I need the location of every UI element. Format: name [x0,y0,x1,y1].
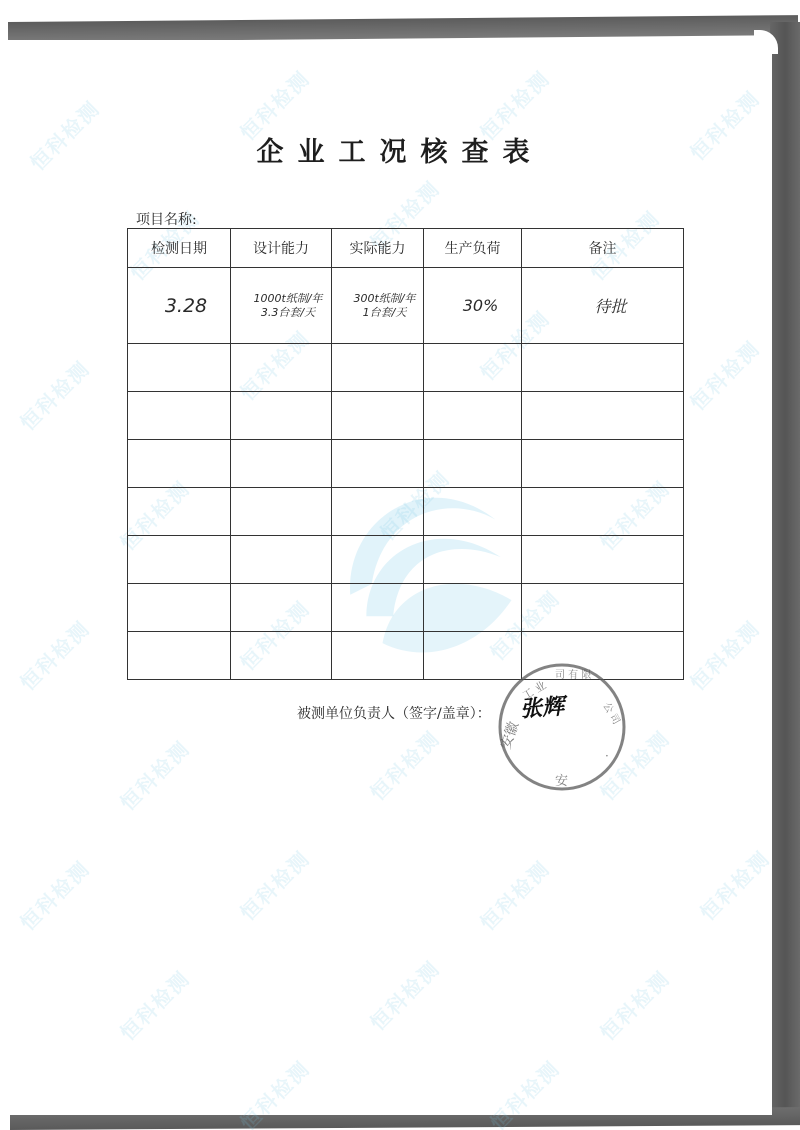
condition-table: 检测日期 设计能力 实际能力 生产负荷 备注 3.281000t纸制/年3.3台… [127,228,684,680]
cell-actual-capacity [332,536,424,584]
cell-design-capacity [231,584,332,632]
cell-line: 1台套/天 [346,306,423,320]
cell-design-capacity [231,488,332,536]
cell-line: 1000t纸制/年 [245,292,331,306]
cell-actual-capacity: 300t纸制/年1台套/天 [332,268,424,344]
cell-production-load [424,632,522,680]
header-actual-capacity: 实际能力 [332,229,424,268]
cell-detection-date [128,584,231,632]
cell-remark [522,392,684,440]
table-row [128,632,684,680]
cell-production-load [424,392,522,440]
cell-remark [522,584,684,632]
cell-design-capacity: 1000t纸制/年3.3台套/天 [231,268,332,344]
cell-design-capacity [231,344,332,392]
table-row [128,536,684,584]
cell-design-capacity [231,536,332,584]
cell-production-load [424,344,522,392]
table-row: 3.281000t纸制/年3.3台套/天300t纸制/年1台套/天30%待批 [128,268,684,344]
cell-detection-date [128,488,231,536]
cell-production-load [424,536,522,584]
header-design-capacity: 设计能力 [231,229,332,268]
cell-detection-date [128,632,231,680]
cell-remark [522,440,684,488]
table-header-row: 检测日期 设计能力 实际能力 生产负荷 备注 [128,229,684,268]
cell-actual-capacity [332,440,424,488]
table-row [128,344,684,392]
cell-remark [522,488,684,536]
cell-remark [522,536,684,584]
table-row [128,584,684,632]
header-remark: 备注 [522,229,684,268]
signature-label: 被测单位负责人（签字/盖章）： [297,703,491,723]
table-row [128,440,684,488]
cell-production-load [424,488,522,536]
cell-actual-capacity [332,584,424,632]
document-title: 企业工况核查表 [0,130,800,169]
cell-actual-capacity [332,392,424,440]
cell-remark [522,632,684,680]
cell-design-capacity [231,440,332,488]
cell-production-load [424,584,522,632]
cell-detection-date [128,536,231,584]
scan-edge-right [770,22,800,1112]
cell-actual-capacity [332,344,424,392]
cell-detection-date [128,392,231,440]
cell-detection-date [128,440,231,488]
cell-design-capacity [231,392,332,440]
table-row [128,392,684,440]
cell-production-load [424,440,522,488]
cell-line: 300t纸制/年 [346,292,423,306]
cell-actual-capacity [332,488,424,536]
project-name-label: 项目名称: [136,209,197,229]
cell-detection-date: 3.28 [128,268,231,344]
table-row [128,488,684,536]
handwritten-signature: 张辉 [519,690,565,724]
header-detection-date: 检测日期 [128,229,231,268]
header-production-load: 生产负荷 [424,229,522,268]
cell-remark [522,344,684,392]
cell-detection-date [128,344,231,392]
scan-edge-top [8,15,798,42]
cell-actual-capacity [332,632,424,680]
cell-remark: 待批 [522,268,684,344]
cell-design-capacity [231,632,332,680]
cell-production-load: 30% [424,268,522,344]
cell-line: 3.3台套/天 [245,306,331,320]
